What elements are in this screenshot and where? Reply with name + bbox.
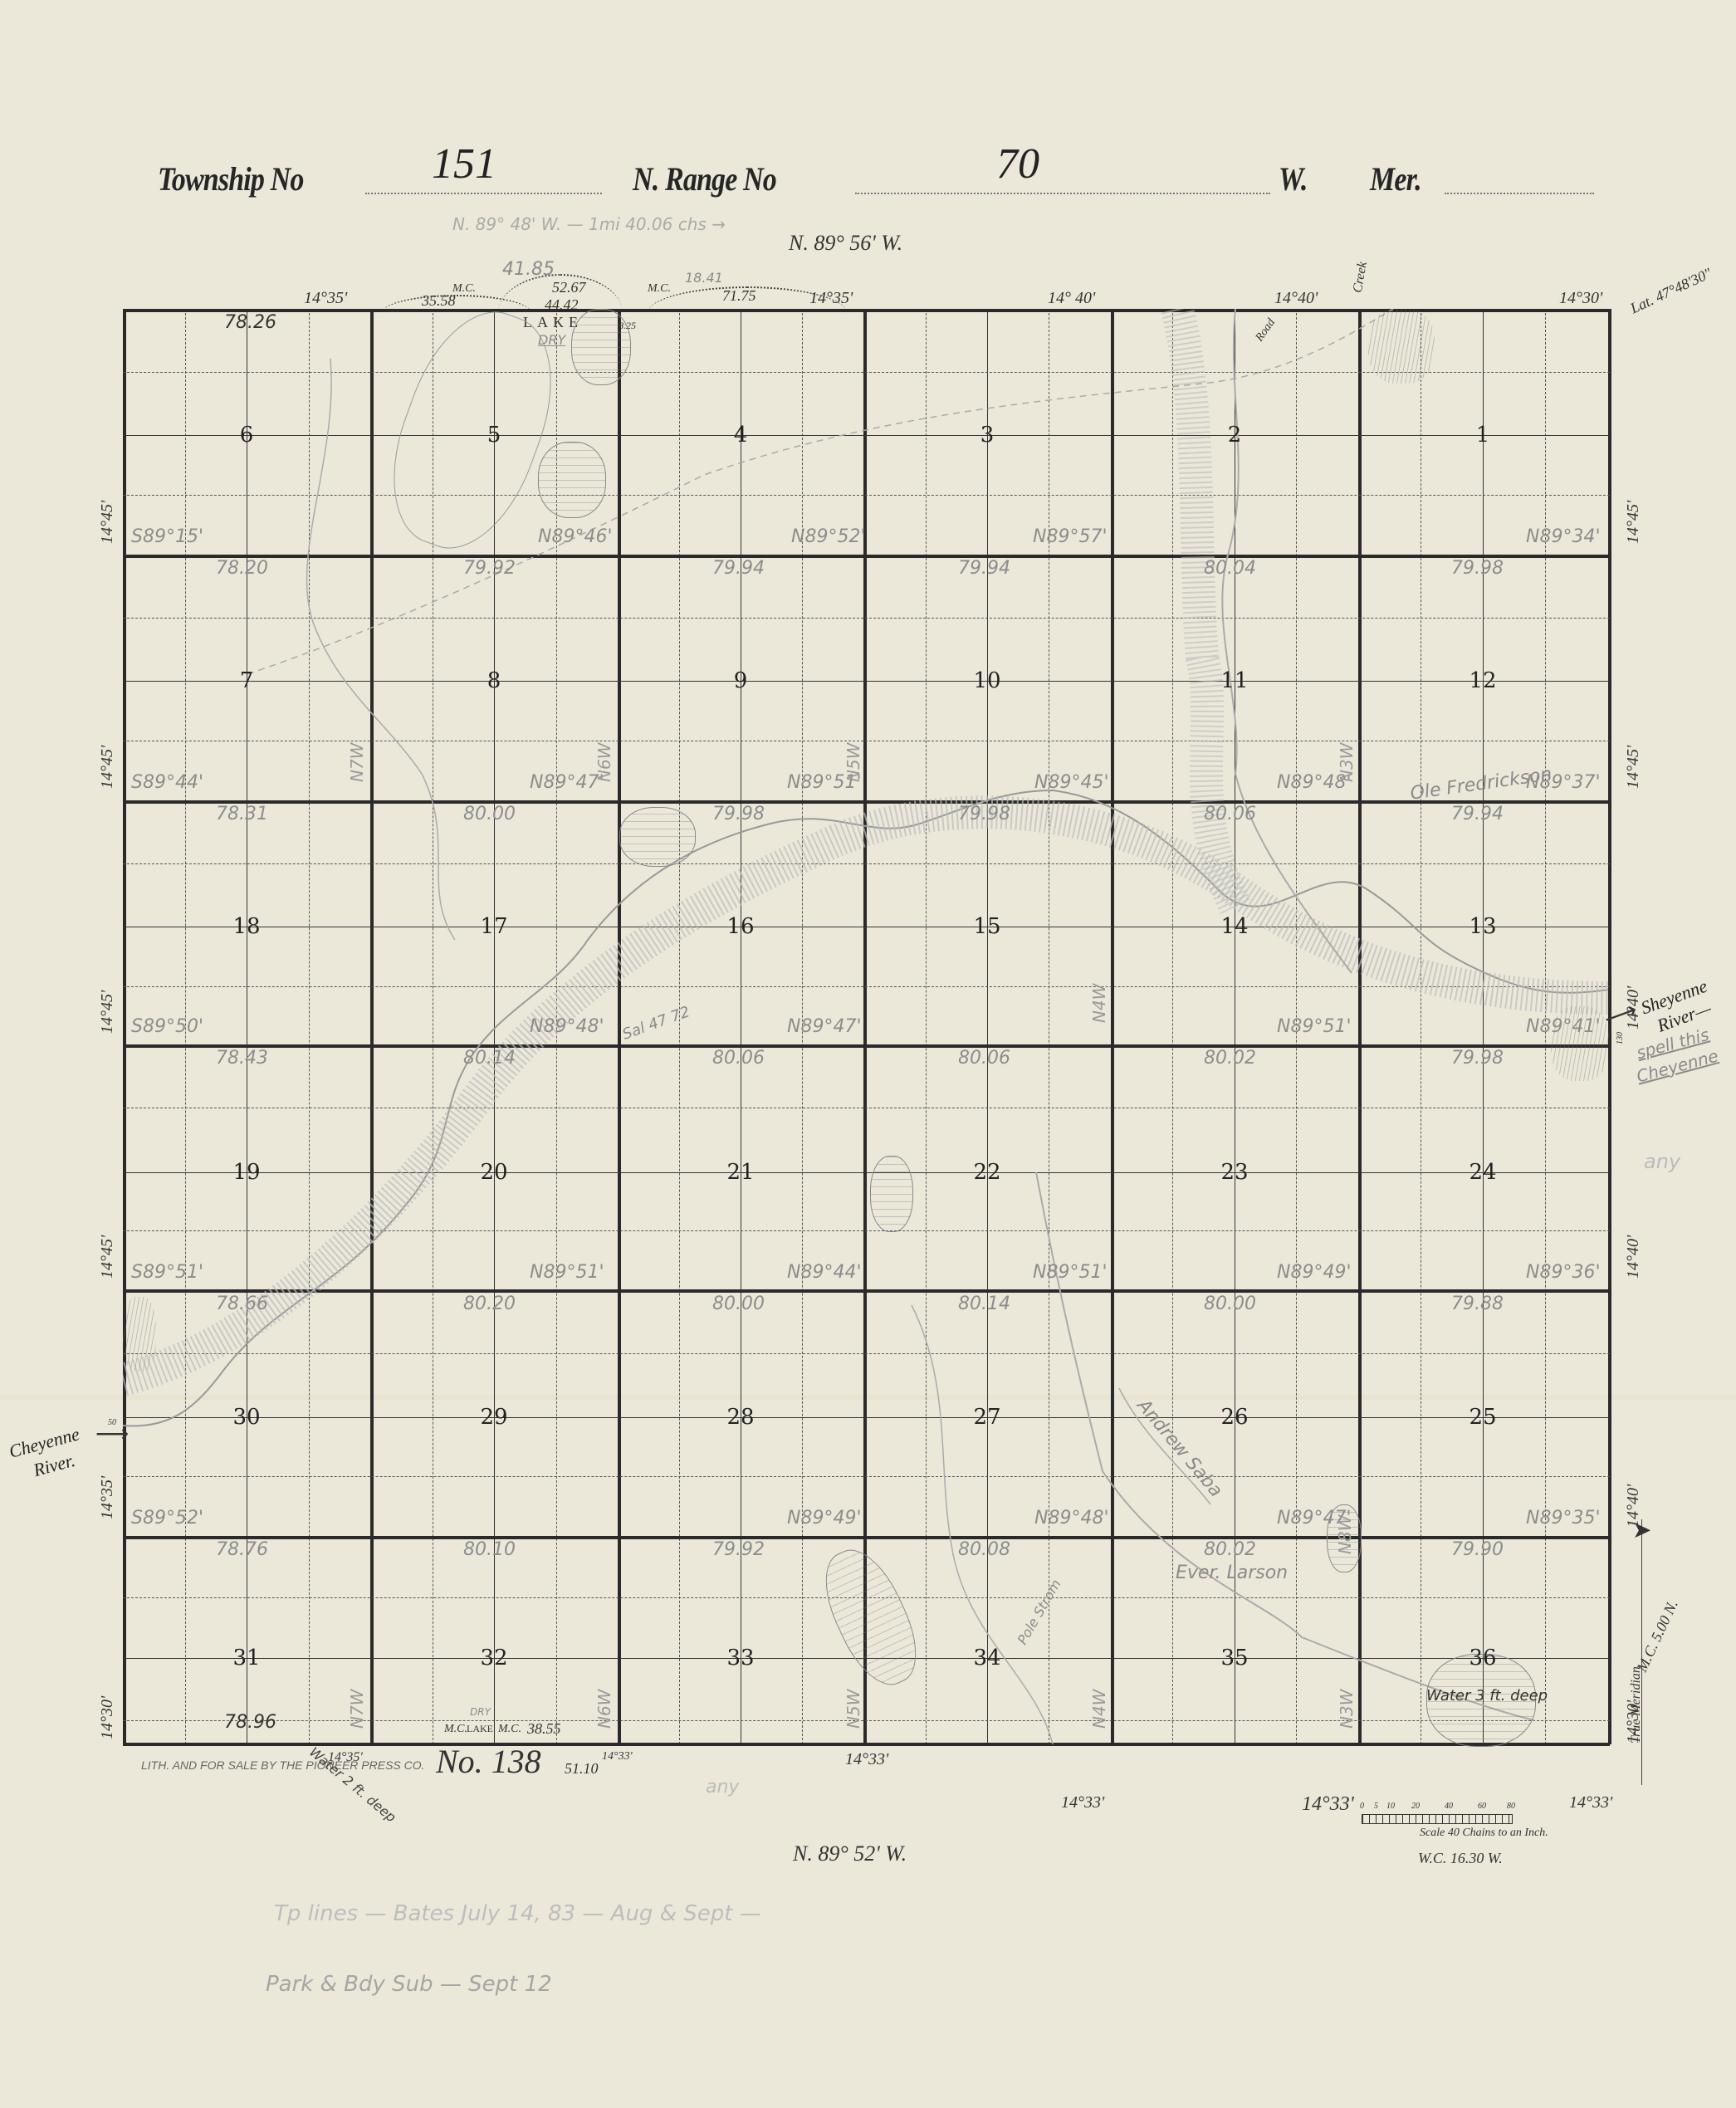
section-19[interactable]: 19 — [232, 1160, 260, 1185]
top-deg-4: 14°40' — [1274, 289, 1318, 308]
area-r2-c1: 78.31 — [216, 804, 268, 824]
chains-18-41: 18.41 — [685, 270, 723, 286]
sixteenth-line-h — [123, 495, 1610, 496]
bearing-r2-4: N89°45' — [1034, 772, 1109, 793]
township-line — [365, 193, 602, 194]
bearing-r4-6: N89°36' — [1526, 1262, 1601, 1283]
quarter-line-h — [123, 927, 1610, 927]
bearing-r3-3: N89°47' — [787, 1016, 862, 1037]
bearing-r4-5: N89°49' — [1277, 1262, 1352, 1283]
vert-note-n4w-2: N4W — [1089, 1690, 1109, 1729]
printer-credit: LITH. AND FOR SALE BY THE PIONEER PRESS … — [141, 1758, 425, 1772]
marsh-section-16 — [619, 807, 696, 867]
section-34[interactable]: 34 — [973, 1646, 1000, 1670]
pencil-footer-line2: Park & Bdy Sub — Sept 12 — [266, 1972, 552, 1997]
plate-number: No. 138 — [436, 1742, 541, 1781]
bearing-r2-1: S89°44' — [131, 772, 203, 793]
bearing-r1-5: N89°34' — [1526, 526, 1601, 547]
section-line-h1 — [123, 555, 1610, 558]
scale-bar — [1362, 1814, 1513, 1824]
area-r3-c3: 80.06 — [712, 1048, 765, 1069]
vert-note-n6w-2: N6W — [594, 1690, 614, 1729]
section-line-v1 — [370, 309, 374, 1744]
section-5[interactable]: 5 — [487, 423, 501, 448]
scale-tick-10: 10 — [1386, 1802, 1395, 1811]
left-deg-2: 14°45' — [98, 746, 117, 789]
bearing-r1-3: N89°52' — [791, 526, 866, 547]
north-arrow-icon: ➤ — [1632, 1516, 1651, 1544]
quarter-line-h — [123, 1417, 1610, 1418]
bearing-r4-1: S89°51' — [131, 1262, 203, 1283]
meander-arc-2 — [498, 274, 623, 313]
section-1[interactable]: 1 — [1476, 423, 1490, 448]
vert-note-n8w-1: N8W — [1335, 1515, 1355, 1554]
section-line-h5 — [123, 1536, 1610, 1539]
vert-note-n6w-1: N6W — [594, 743, 614, 782]
quarter-line-h — [123, 1172, 1610, 1173]
marsh-section-21 — [870, 1156, 913, 1232]
section-31[interactable]: 31 — [232, 1646, 260, 1670]
chains-38-55: 38.55 — [527, 1720, 561, 1738]
section-33[interactable]: 33 — [726, 1646, 754, 1670]
area-r4-c4: 80.14 — [958, 1294, 1010, 1314]
area-r4-c3: 80.00 — [712, 1294, 765, 1314]
left-deg-3: 14°45' — [98, 990, 117, 1034]
witness-corner-note: W.C. 16.30 W. — [1418, 1850, 1503, 1867]
section-18[interactable]: 18 — [232, 914, 260, 939]
vert-note-n7w-1: N7W — [347, 743, 367, 782]
quarter-line-v — [1483, 309, 1484, 1744]
area-r5-c1: 78.76 — [216, 1539, 268, 1560]
mc-label-top-2: M.C. — [648, 282, 671, 296]
area-r2-c5: 80.06 — [1204, 804, 1256, 824]
right-deg-2: 14°45' — [1624, 746, 1643, 789]
section-30[interactable]: 30 — [232, 1405, 260, 1430]
section-24[interactable]: 24 — [1469, 1160, 1496, 1185]
section-29[interactable]: 29 — [480, 1405, 507, 1430]
marsh-water-note: Water 3 ft. deep — [1426, 1687, 1548, 1704]
section-3[interactable]: 3 — [980, 423, 995, 448]
sixteenth-line-v — [1421, 309, 1421, 1744]
area-r2-c3: 79.98 — [712, 804, 765, 824]
quarter-line-v — [247, 309, 247, 1744]
pencil-north-note: N. 89° 48' W. — 1mi 40.06 chs → — [452, 214, 726, 234]
area-r2-c2: 80.00 — [463, 804, 516, 824]
bearing-r5-3: N89°48' — [1034, 1508, 1109, 1528]
section-35[interactable]: 35 — [1220, 1646, 1248, 1670]
bottom-deg-3: 14°33' — [845, 1750, 888, 1769]
left-deg-6: 14°30' — [98, 1696, 117, 1739]
section-12[interactable]: 12 — [1469, 668, 1496, 693]
sal-note: Sal 47 72 — [620, 1003, 692, 1044]
latitude-label: Lat. 47°48'30" — [1628, 265, 1715, 318]
section-15[interactable]: 15 — [973, 914, 1000, 939]
sixteenth-line-h — [123, 741, 1610, 741]
any-note-bottom: any — [706, 1777, 739, 1797]
range-value: 70 — [996, 139, 1039, 188]
section-23[interactable]: 23 — [1220, 1160, 1248, 1185]
section-27[interactable]: 27 — [973, 1405, 1000, 1430]
mc-label-top-1: M.C. — [452, 282, 476, 296]
bottom-deg-6: 14°33' — [1569, 1793, 1612, 1812]
bottom-deg-4: 14°33' — [1061, 1793, 1104, 1812]
range-line — [855, 193, 1270, 194]
scale-label: Scale 40 Chains to an Inch. — [1420, 1827, 1548, 1840]
bottom-deg-2: 14°33' — [602, 1750, 633, 1763]
right-deg-1: 14°45' — [1624, 501, 1643, 544]
section-2[interactable]: 2 — [1228, 423, 1242, 448]
area-sec6-top: 78.26 — [224, 312, 276, 333]
sixteenth-line-v — [309, 309, 310, 1744]
section-line-h4 — [123, 1289, 1610, 1293]
area-r2-c4: 79.98 — [958, 804, 1010, 824]
section-8[interactable]: 8 — [487, 668, 501, 693]
area-r1-c1: 78.20 — [216, 558, 268, 579]
marsh-section-4-b — [538, 442, 606, 518]
settler-ever-larson: Ever. Larson — [1176, 1563, 1288, 1583]
vert-note-n3w-2: N3W — [1337, 1690, 1357, 1729]
area-r5-c5: 80.02 — [1204, 1539, 1256, 1560]
bearing-r5-2: N89°49' — [787, 1508, 862, 1528]
pencil-footer-line1: Tp lines — Bates July 14, 83 — Aug & Sep… — [274, 1901, 761, 1926]
scale-tick-80: 80 — [1507, 1802, 1515, 1811]
area-r3-c5: 80.02 — [1204, 1048, 1256, 1069]
bearing-r5-1: S89°52' — [131, 1508, 203, 1528]
area-r1-c6: 79.98 — [1451, 558, 1504, 579]
dry-bottom: DRY — [470, 1706, 491, 1718]
section-20[interactable]: 20 — [480, 1160, 507, 1185]
marsh-section-33 — [809, 1538, 932, 1697]
area-r1-c2: 79.92 — [463, 558, 516, 579]
sixteenth-line-v — [1049, 309, 1049, 1744]
entry-50: 50 — [108, 1418, 116, 1427]
meridian-label: Mer. — [1370, 159, 1421, 198]
section-26[interactable]: 26 — [1220, 1405, 1248, 1430]
sixteenth-line-v — [679, 309, 680, 1744]
settler-andrew-saba: Andrew Saba — [1132, 1396, 1226, 1501]
section-line-h2 — [123, 800, 1610, 804]
section-16[interactable]: 16 — [726, 914, 754, 939]
meridian-line — [1445, 193, 1594, 194]
section-10[interactable]: 10 — [973, 668, 1000, 693]
bearing-r4-4: N89°51' — [1033, 1262, 1108, 1283]
hill-hatch-1 — [1368, 309, 1435, 384]
section-line-h6 — [123, 1743, 1610, 1746]
area-r4-c2: 80.20 — [463, 1294, 516, 1314]
quarter-line-h — [123, 435, 1610, 436]
sixteenth-line-h — [123, 863, 1610, 864]
section-36[interactable]: 36 — [1469, 1646, 1496, 1670]
section-28[interactable]: 28 — [726, 1405, 754, 1430]
area-r3-c1: 78.43 — [216, 1048, 268, 1069]
bearing-r2-2: N89°47' — [530, 772, 604, 793]
top-deg-5: 14°30' — [1559, 289, 1602, 308]
section-32[interactable]: 32 — [480, 1646, 507, 1670]
bearing-r3-4: N89°51' — [1277, 1016, 1352, 1037]
left-deg-5: 14°35' — [98, 1476, 117, 1519]
entry-130: 130 — [1616, 1032, 1625, 1044]
area-r5-c3: 79.92 — [712, 1539, 765, 1560]
section-line-v4 — [1111, 309, 1114, 1744]
west-label: W. — [1279, 159, 1308, 198]
any-note-right: any — [1644, 1150, 1680, 1173]
vert-note-n7w-2: N7W — [347, 1690, 367, 1729]
quarter-line-v — [1235, 309, 1235, 1744]
quarter-line-v — [987, 309, 988, 1744]
section-4[interactable]: 4 — [734, 423, 748, 448]
area-r1-c5: 80.04 — [1204, 558, 1256, 579]
section-9[interactable]: 9 — [734, 668, 748, 693]
area-r4-c6: 79.88 — [1451, 1294, 1504, 1314]
sixteenth-line-h — [123, 986, 1610, 987]
hill-hatch-3 — [123, 1297, 156, 1372]
area-r1-c3: 79.94 — [712, 558, 765, 579]
section-14[interactable]: 14 — [1220, 914, 1248, 939]
mc-bottom-1: M.C. — [444, 1723, 467, 1736]
section-17[interactable]: 17 — [480, 914, 507, 939]
left-deg-4: 14°45' — [98, 1235, 117, 1279]
sixteenth-line-v — [926, 309, 927, 1744]
area-r3-c4: 80.06 — [958, 1048, 1010, 1069]
township-value: 151 — [432, 139, 496, 188]
bearing-r1-4: N89°57' — [1033, 526, 1108, 547]
section-25[interactable]: 25 — [1469, 1405, 1496, 1430]
bearing-r4-3: N89°44' — [787, 1262, 862, 1283]
top-deg-1: 14°35' — [304, 289, 347, 308]
scale-tick-40: 40 — [1445, 1802, 1453, 1811]
bearing-r1-1: S89°15' — [131, 526, 203, 547]
area-r2-c6: 79.94 — [1451, 804, 1504, 824]
bearing-r3-5: N89°41' — [1526, 1016, 1601, 1037]
sixteenth-line-h — [123, 1230, 1610, 1231]
scale-tick-60: 60 — [1478, 1802, 1486, 1811]
settler-ole-fredrickson: Ole Fredrickson — [1409, 764, 1553, 805]
sixteenth-line-h — [123, 1476, 1610, 1477]
section-7[interactable]: 7 — [240, 668, 254, 693]
area-sec31-bottom: 78.96 — [224, 1712, 276, 1733]
bottom-deg-5: 14°33' — [1302, 1793, 1354, 1816]
vert-note-n4w-1: N4W — [1089, 984, 1109, 1023]
area-r4-c5: 80.00 — [1204, 1294, 1256, 1314]
scale-tick-0: 0 — [1360, 1802, 1364, 1811]
range-label: N. Range No — [633, 159, 776, 198]
section-22[interactable]: 22 — [973, 1160, 1000, 1185]
sixteenth-line-h — [123, 618, 1610, 619]
vert-note-n5w-2: N5W — [844, 1690, 863, 1729]
top-deg-3: 14° 40' — [1048, 289, 1095, 308]
area-r1-c4: 79.94 — [958, 558, 1010, 579]
sixteenth-line-h — [123, 1353, 1610, 1354]
settler-pole-strom: Pole Strom — [1015, 1577, 1064, 1647]
area-r4-c1: 78.66 — [216, 1294, 268, 1314]
north-bearing: N. 89° 56' W. — [789, 231, 902, 256]
section-line-v3 — [863, 309, 867, 1744]
vert-note-n5w-1: N5W — [844, 743, 863, 782]
south-bearing: N. 89° 52' W. — [793, 1841, 907, 1866]
bearing-r4-2: N89°51' — [530, 1262, 604, 1283]
section-21[interactable]: 21 — [726, 1160, 754, 1185]
right-deg-4: 14°40' — [1624, 1235, 1643, 1279]
sixteenth-line-h — [123, 1108, 1610, 1108]
bearing-r1-2: N89°46' — [538, 526, 613, 547]
chains-51-10: 51.10 — [565, 1760, 599, 1778]
bearing-r5-5: N89°35' — [1526, 1508, 1601, 1528]
scale-tick-5: 5 — [1374, 1802, 1378, 1811]
quarter-line-h — [123, 681, 1610, 682]
quarter-line-v — [741, 309, 741, 1744]
section-11[interactable]: 11 — [1220, 668, 1248, 693]
section-line-v0 — [123, 309, 126, 1744]
sixteenth-line-h — [123, 1720, 1610, 1721]
area-r3-c2: 80.14 — [463, 1048, 516, 1069]
area-r5-c2: 80.10 — [463, 1539, 516, 1560]
township-label: Township No — [158, 159, 304, 198]
section-6[interactable]: 6 — [240, 423, 254, 448]
area-r3-c6: 79.98 — [1451, 1048, 1504, 1069]
bearing-r3-1: S89°50' — [131, 1016, 203, 1037]
section-13[interactable]: 13 — [1469, 914, 1496, 939]
scale-tick-20: 20 — [1411, 1802, 1420, 1811]
creek-label: Creek — [1351, 261, 1371, 294]
section-line-h3 — [123, 1044, 1610, 1048]
true-meridian-label: True Meridian — [1629, 1666, 1644, 1744]
area-r5-c4: 80.08 — [958, 1539, 1010, 1560]
bearing-r3-2: N89°48' — [530, 1016, 604, 1037]
township-grid: 6 5 4 3 2 1 7 8 9 10 11 12 18 17 16 15 1… — [123, 309, 1610, 1744]
area-r5-c6: 79.90 — [1451, 1539, 1504, 1560]
lake-bottom: LAKE — [467, 1723, 493, 1735]
sixteenth-line-v — [1172, 309, 1173, 1744]
left-deg-1: 14°45' — [98, 501, 117, 544]
marsh-section-4 — [571, 309, 631, 385]
mc-bottom-2: M.C. — [498, 1723, 521, 1736]
vert-note-n3w-1: N3W — [1337, 743, 1357, 782]
